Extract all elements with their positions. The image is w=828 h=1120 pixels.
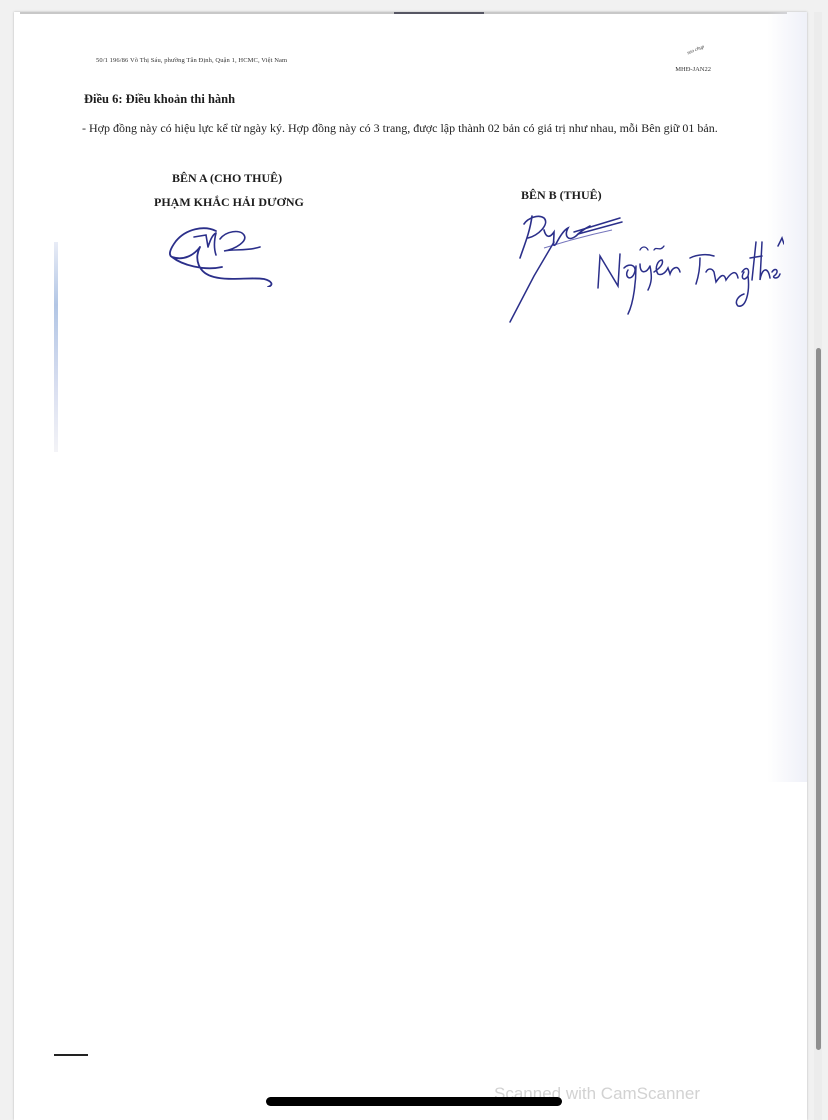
scrollbar-thumb[interactable]	[816, 348, 821, 1050]
party-b-label: BÊN B (THUÊ)	[521, 188, 602, 203]
party-b-signature	[494, 202, 784, 332]
page-top-edge-shadow	[394, 12, 484, 14]
home-indicator[interactable]	[266, 1097, 562, 1106]
party-a-label: BÊN A (CHO THUÊ)	[172, 171, 282, 186]
header-stamp-note: sao chụp	[687, 45, 705, 56]
party-a-signature	[164, 217, 284, 287]
scan-edge-mark	[54, 1054, 88, 1056]
document-page: 50/1 196/86 Võ Thị Sáu, phường Tân Định,…	[14, 12, 807, 1120]
scan-shadow-left	[54, 242, 58, 452]
document-code: MHĐ-JAN22	[675, 66, 711, 73]
article-clause: - Hợp đồng này có hiệu lực kể từ ngày ký…	[82, 118, 732, 139]
scan-shadow-right	[767, 12, 807, 782]
header-address: 50/1 196/86 Võ Thị Sáu, phường Tân Định,…	[96, 57, 287, 64]
article-title: Điều 6: Điều khoản thi hành	[84, 92, 235, 107]
document-viewer: 50/1 196/86 Võ Thị Sáu, phường Tân Định,…	[0, 0, 828, 1120]
party-a-name: PHẠM KHẮC HẢI DƯƠNG	[154, 195, 304, 210]
